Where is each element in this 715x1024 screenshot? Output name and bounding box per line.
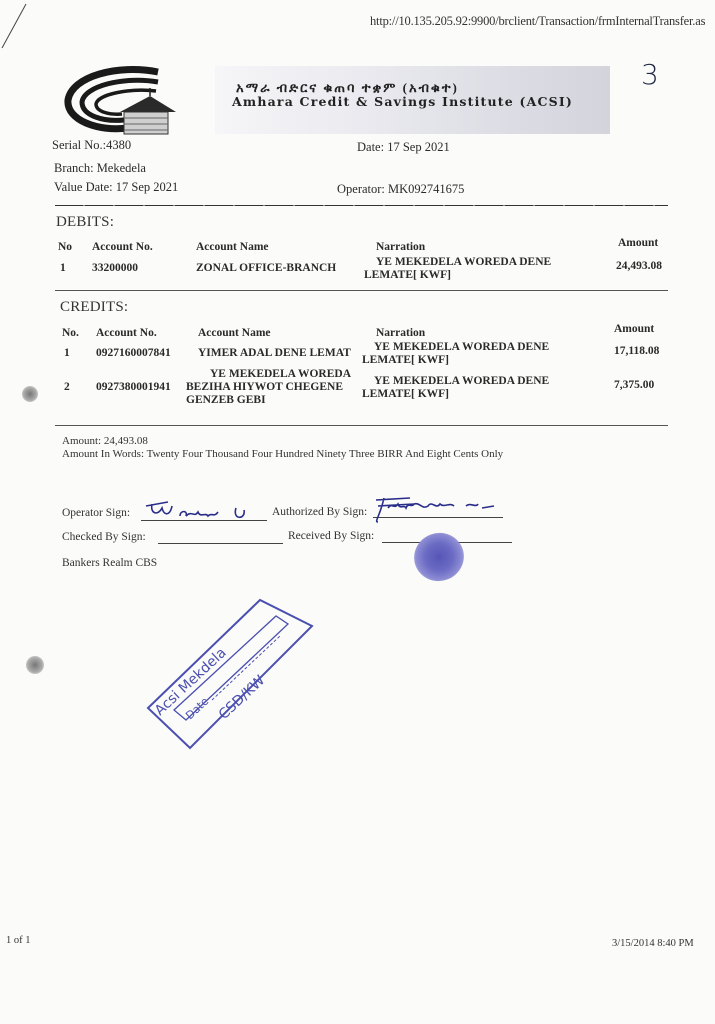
account-number: 33200000 [92, 262, 138, 275]
column-header: Account No. [96, 327, 157, 339]
column-header: Account Name [198, 327, 271, 339]
narration: LEMATE[ KWF] [362, 388, 449, 401]
checked-sign-line [158, 543, 283, 544]
total-amount: Amount: 24,493.08 [62, 435, 148, 447]
authorized-signature [370, 492, 510, 526]
narration: LEMATE[ KWF] [362, 354, 449, 367]
svg-text:CSD/KW: CSD/KW [216, 672, 268, 722]
value-date: Value Date: 17 Sep 2021 [54, 180, 178, 195]
institution-title: Amhara Credit & Savings Institute (ACSI) [232, 94, 573, 109]
narration: YE MEKEDELA WOREDA DENE [376, 256, 551, 269]
debits-title: DEBITS: [56, 214, 114, 231]
account-name: ZONAL OFFICE-BRANCH [196, 262, 336, 275]
account-number: 0927380001941 [96, 381, 171, 394]
print-url: http://10.135.205.92:9900/brclient/Trans… [370, 14, 705, 29]
column-header: Amount [618, 237, 658, 249]
operator-sign-label: Operator Sign: [62, 507, 130, 519]
handwritten-page-number: 3 [641, 58, 659, 91]
row-number: 1 [64, 347, 70, 360]
punch-hole [22, 386, 38, 402]
print-timestamp: 3/15/2014 8:40 PM [612, 938, 694, 949]
narration: YE MEKEDELA WOREDA DENE [374, 375, 549, 388]
amount-in-words: Amount In Words: Twenty Four Thousand Fo… [62, 448, 503, 460]
credits-title: CREDITS: [60, 299, 128, 316]
page-indicator: 1 of 1 [6, 935, 31, 946]
account-name: YE MEKEDELA WOREDA [210, 368, 351, 381]
column-header: Amount [614, 323, 654, 335]
pen-mark [0, 0, 30, 50]
divider [55, 425, 668, 426]
account-name: GENZEB GEBI [186, 394, 266, 407]
amount: 17,118.08 [614, 345, 659, 358]
svg-text:Date: Date [183, 695, 211, 723]
account-name: BEZIHA HIYWOT CHEGENE [186, 381, 343, 394]
narration: YE MEKEDELA WOREDA DENE [374, 341, 549, 354]
column-header: No. [62, 327, 79, 339]
narration: LEMATE[ KWF] [364, 269, 451, 282]
acsi-logo-icon [58, 62, 176, 142]
column-header: No [58, 241, 72, 253]
divider [55, 290, 668, 291]
amount: 7,375.00 [614, 379, 654, 392]
row-number: 2 [64, 381, 70, 394]
fingerprint-mark [407, 526, 470, 588]
column-header: Narration [376, 327, 425, 339]
row-number: 1 [60, 262, 66, 275]
account-number: 0927160007841 [96, 347, 171, 360]
system-name: Bankers Realm CBS [62, 557, 157, 569]
operator-signature [140, 498, 266, 524]
column-header: Account Name [196, 241, 269, 253]
operator-id: Operator: MK092741675 [337, 182, 464, 197]
branch: Branch: Mekedela [54, 161, 146, 176]
office-stamp: Acsi Mekdela Date CSD/KW [140, 590, 340, 760]
authorized-sign-label: Authorized By Sign: [272, 506, 367, 518]
received-sign-label: Received By Sign: [288, 530, 374, 542]
punch-hole [26, 656, 44, 674]
account-name: YIMER ADAL DENE LEMAT [198, 347, 351, 360]
column-header: Account No. [92, 241, 153, 253]
amount: 24,493.08 [616, 260, 662, 273]
checked-sign-label: Checked By Sign: [62, 531, 146, 543]
serial-number: Serial No.:4380 [52, 138, 131, 153]
divider [55, 205, 668, 206]
column-header: Narration [376, 241, 425, 253]
transaction-date: Date: 17 Sep 2021 [357, 140, 450, 155]
